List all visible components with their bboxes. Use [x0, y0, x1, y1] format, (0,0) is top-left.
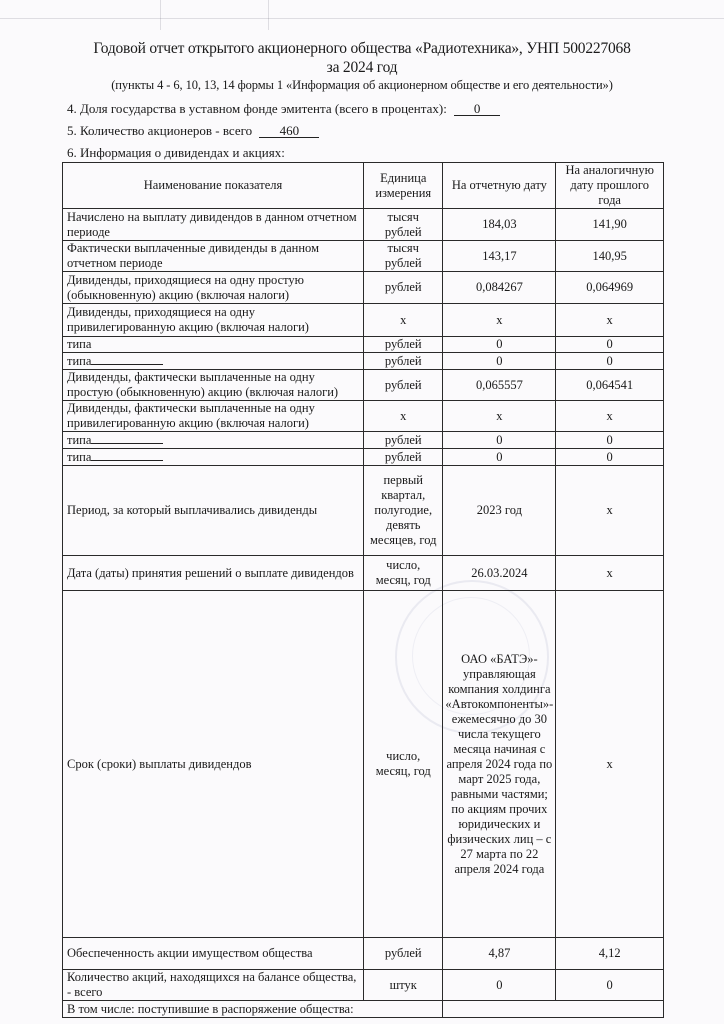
bleed-line [160, 0, 161, 30]
row-previous: x [556, 556, 664, 591]
type-blank-field [91, 449, 163, 461]
table-header-row: Наименование показателя Единица измерени… [63, 163, 664, 209]
table-row: типа рублей 0 0 [63, 432, 664, 449]
row-previous: 0 [556, 449, 664, 466]
row-current: ОАО «БАТЭ»-управляющая компания холдинга… [443, 591, 556, 938]
table-row: Фактически выплаченные дивиденды в данно… [63, 241, 664, 272]
row-name: типа [63, 432, 364, 449]
shareholders-count-value: 460 [259, 124, 319, 138]
document-title: Годовой отчет открытого акционерного общ… [0, 40, 724, 58]
row-name: Дивиденды, фактически выплаченные на одн… [63, 401, 364, 432]
row-current: x [443, 304, 556, 337]
bleed-line [0, 18, 724, 19]
row-name: Обеспеченность акции имуществом общества [63, 938, 364, 970]
row-name: Начислено на выплату дивидендов в данном… [63, 209, 364, 241]
row-name: Дивиденды, приходящиеся на одну привилег… [63, 304, 364, 337]
row-current: 0 [443, 353, 556, 370]
row-current: 0 [443, 970, 556, 1001]
row-current: x [443, 401, 556, 432]
row-unit: рублей [364, 370, 443, 401]
row-name: Срок (сроки) выплаты дивидендов [63, 591, 364, 938]
row-previous: x [556, 591, 664, 938]
table-row: Срок (сроки) выплаты дивидендов число, м… [63, 591, 664, 938]
state-share-label: 4. Доля государства в уставном фонде эми… [67, 101, 447, 116]
row-previous: 0 [556, 970, 664, 1001]
row-previous: 0 [556, 432, 664, 449]
row-name: типа [63, 353, 364, 370]
type-label: типа [67, 337, 91, 351]
row-previous: 0 [556, 353, 664, 370]
row-previous: 0 [556, 337, 664, 353]
row-current: 184,03 [443, 209, 556, 241]
table-row: Дата (даты) принятия решений о выплате д… [63, 556, 664, 591]
item-shareholders-count: 5. Количество акционеров - всего 460 [67, 123, 319, 139]
state-share-value: 0 [454, 102, 500, 116]
table-row: Дивиденды, фактически выплаченные на одн… [63, 401, 664, 432]
row-unit: рублей [364, 337, 443, 353]
row-unit: рублей [364, 353, 443, 370]
table-row: Обеспеченность акции имуществом общества… [63, 938, 664, 970]
row-unit: рублей [364, 449, 443, 466]
row-name: Дивиденды, фактически выплаченные на одн… [63, 370, 364, 401]
row-current: 143,17 [443, 241, 556, 272]
row-unit: число, месяц, год [364, 556, 443, 591]
row-name: Период, за который выплачивались дивиден… [63, 466, 364, 556]
row-values-empty [443, 1001, 664, 1018]
bleed-line [268, 0, 269, 30]
document-year: за 2024 год [0, 59, 724, 77]
row-name: типа [63, 449, 364, 466]
row-previous: x [556, 466, 664, 556]
row-unit: первый квартал, полугодие, девять месяце… [364, 466, 443, 556]
row-previous: 0,064541 [556, 370, 664, 401]
row-current: 4,87 [443, 938, 556, 970]
table-row: типа рублей 0 0 [63, 449, 664, 466]
row-name: Количество акций, находящихся на балансе… [63, 970, 364, 1001]
table-row: Дивиденды, фактически выплаченные на одн… [63, 370, 664, 401]
header-previous: На аналогичную дату прошлого года [556, 163, 664, 209]
table-row: типа рублей 0 0 [63, 337, 664, 353]
type-label: типа [67, 433, 91, 447]
type-blank-field [91, 353, 163, 365]
type-blank-field [91, 432, 163, 444]
row-current: 0,065557 [443, 370, 556, 401]
table-row: Начислено на выплату дивидендов в данном… [63, 209, 664, 241]
table-row: типа рублей 0 0 [63, 353, 664, 370]
item-state-share: 4. Доля государства в уставном фонде эми… [67, 101, 500, 117]
row-name: В том числе: поступившие в распоряжение … [63, 1001, 443, 1018]
row-unit: тысяч рублей [364, 241, 443, 272]
row-name: типа [63, 337, 364, 353]
table-row: В том числе: поступившие в распоряжение … [63, 1001, 664, 1018]
type-label: типа [67, 354, 91, 368]
row-unit: x [364, 304, 443, 337]
table-row: Дивиденды, приходящиеся на одну простую … [63, 272, 664, 304]
dividends-table: Наименование показателя Единица измерени… [62, 162, 664, 1018]
row-name: Фактически выплаченные дивиденды в данно… [63, 241, 364, 272]
row-unit: тысяч рублей [364, 209, 443, 241]
table-row: Количество акций, находящихся на балансе… [63, 970, 664, 1001]
row-unit: x [364, 401, 443, 432]
type-label: типа [67, 450, 91, 464]
row-unit: число, месяц, год [364, 591, 443, 938]
row-current: 0 [443, 432, 556, 449]
shareholders-count-label: 5. Количество акционеров - всего [67, 123, 252, 138]
header-indicator: Наименование показателя [63, 163, 364, 209]
row-previous: 140,95 [556, 241, 664, 272]
row-unit: штук [364, 970, 443, 1001]
item-dividends-heading: 6. Информация о дивидендах и акциях: [67, 145, 285, 161]
row-previous: x [556, 304, 664, 337]
row-name: Дата (даты) принятия решений о выплате д… [63, 556, 364, 591]
row-previous: x [556, 401, 664, 432]
table-row: Дивиденды, приходящиеся на одну привилег… [63, 304, 664, 337]
row-previous: 4,12 [556, 938, 664, 970]
row-current: 0,084267 [443, 272, 556, 304]
row-unit: рублей [364, 272, 443, 304]
table-row: Период, за который выплачивались дивиден… [63, 466, 664, 556]
header-unit: Единица измерения [364, 163, 443, 209]
row-name: Дивиденды, приходящиеся на одну простую … [63, 272, 364, 304]
row-previous: 141,90 [556, 209, 664, 241]
row-current: 0 [443, 449, 556, 466]
row-current: 0 [443, 337, 556, 353]
header-current: На отчетную дату [443, 163, 556, 209]
row-previous: 0,064969 [556, 272, 664, 304]
row-unit: рублей [364, 432, 443, 449]
row-unit: рублей [364, 938, 443, 970]
document-subtitle: (пункты 4 - 6, 10, 13, 14 формы 1 «Инфор… [0, 78, 724, 93]
row-current: 2023 год [443, 466, 556, 556]
row-current: 26.03.2024 [443, 556, 556, 591]
